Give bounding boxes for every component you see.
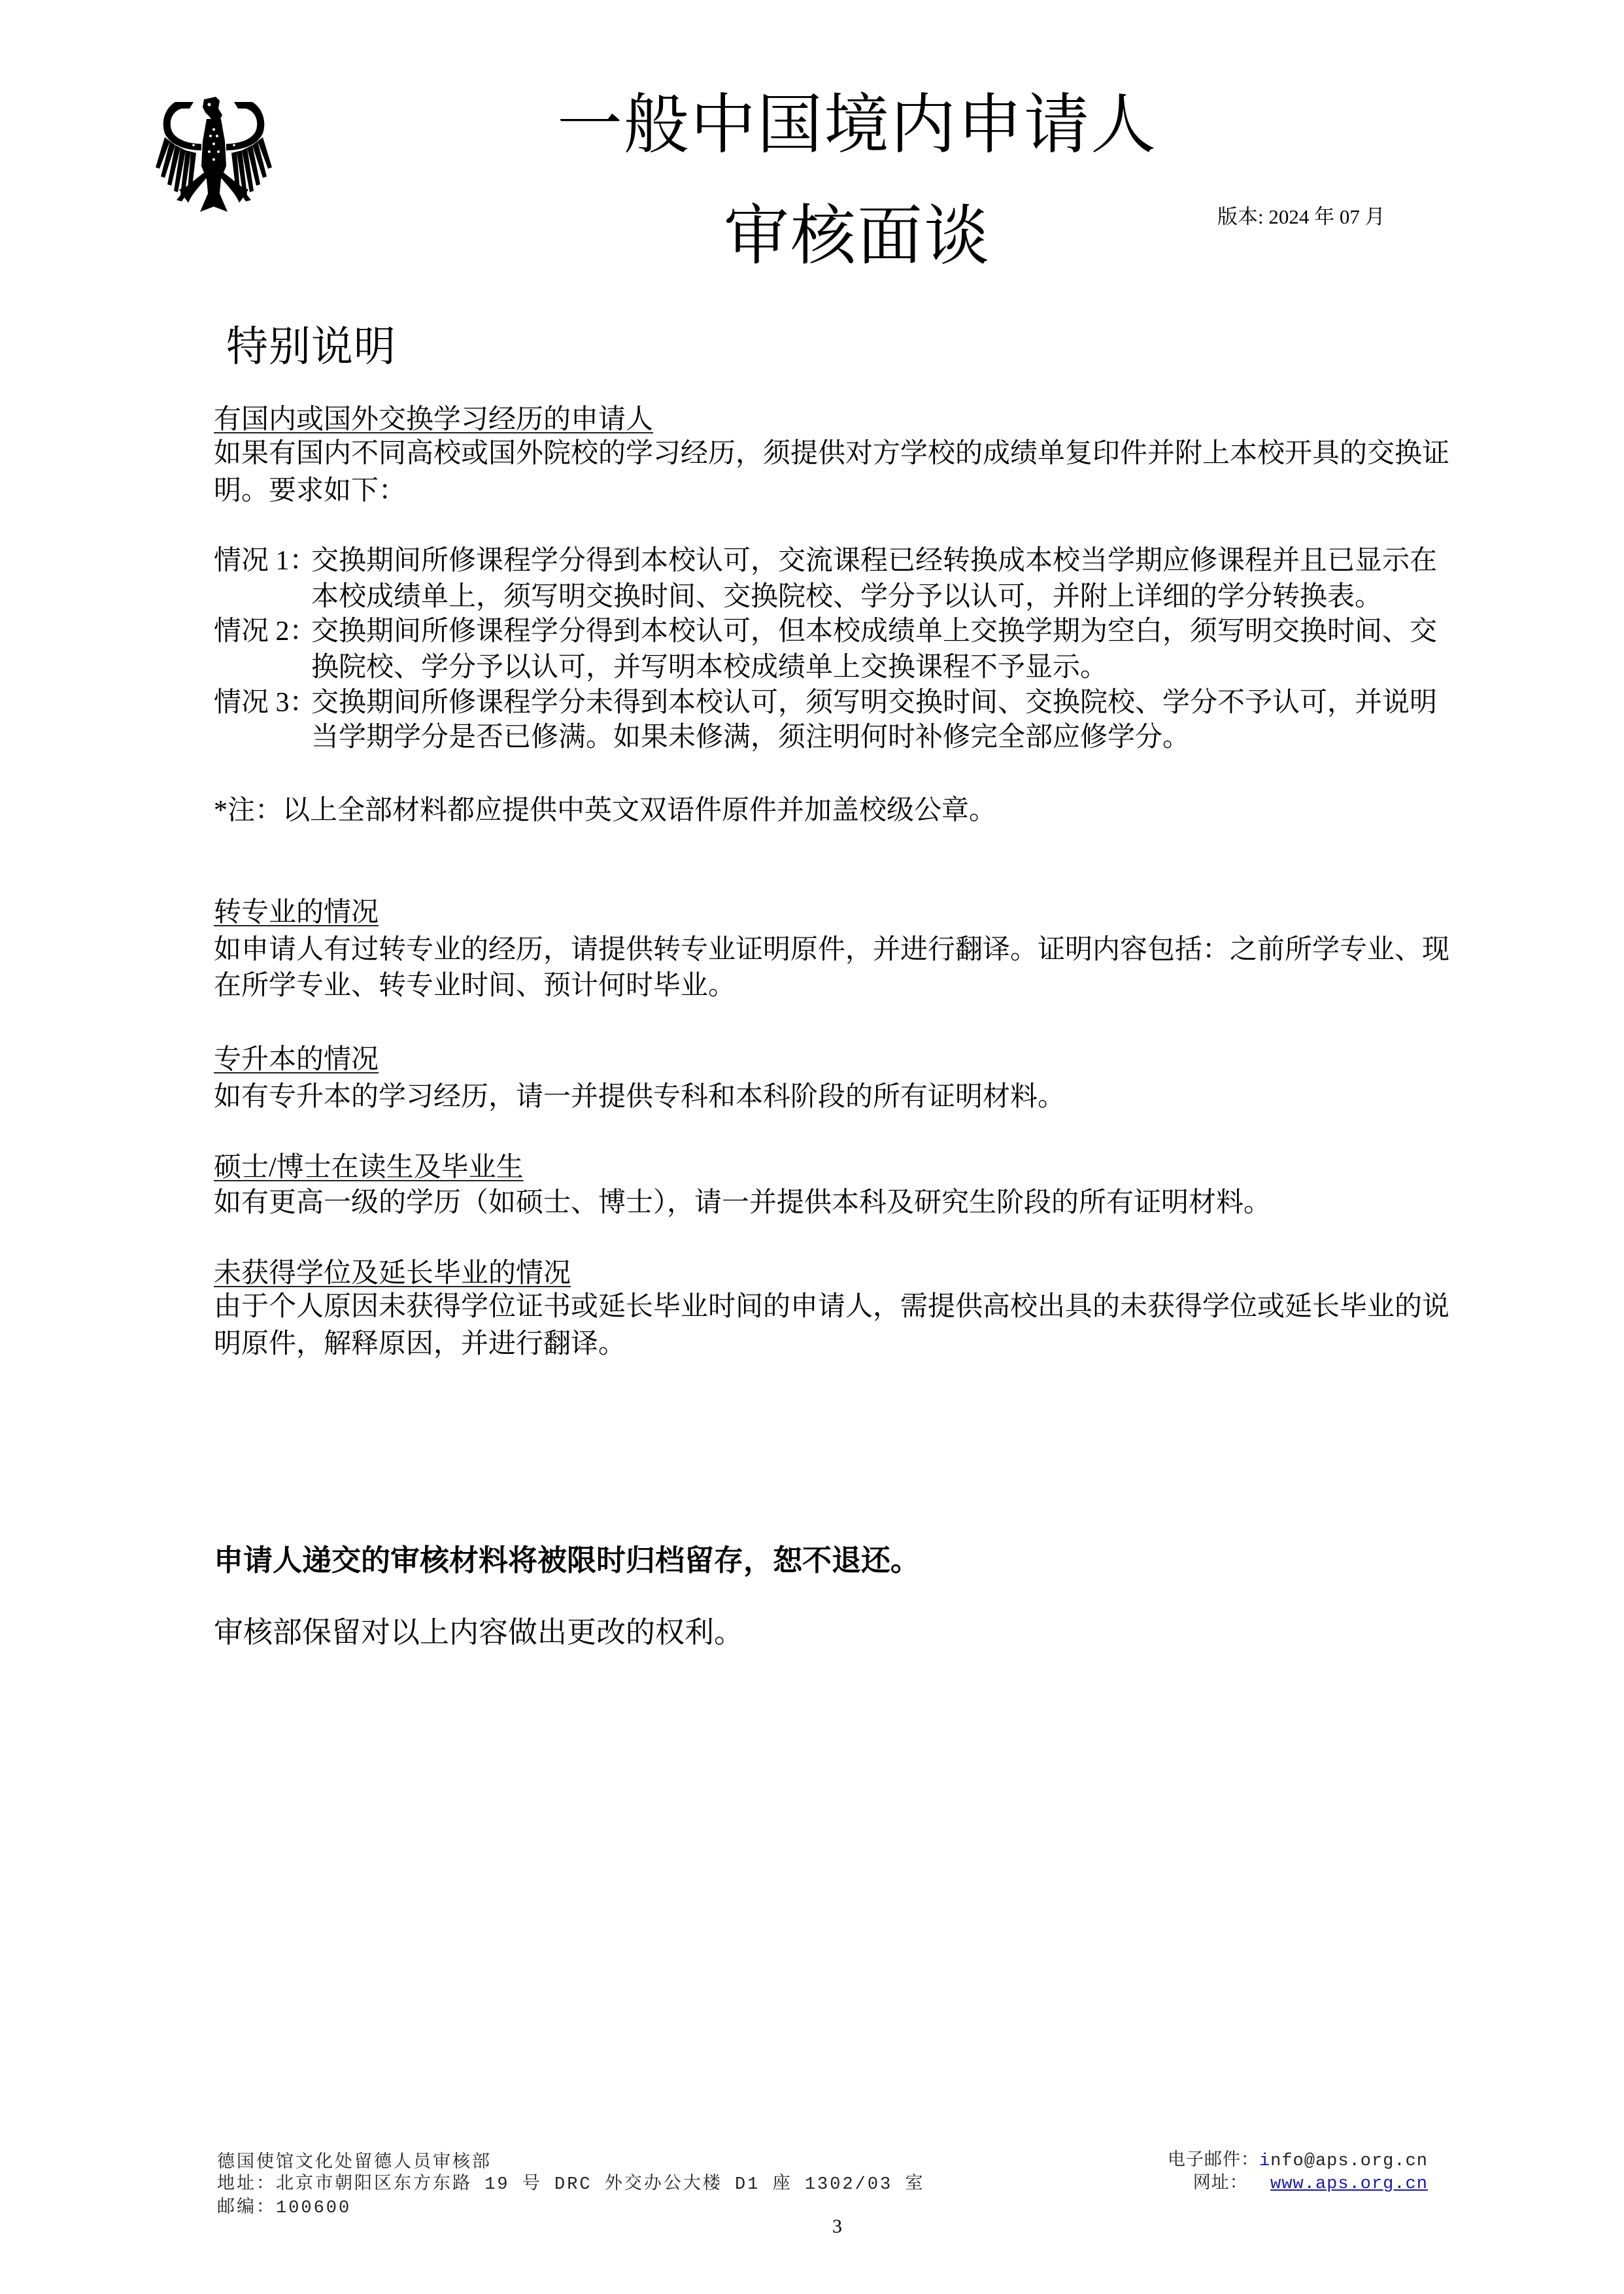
case-2-line2: 换院校、学分予以认可，并写明本校成绩单上交换课程不予显示。 [311,652,1108,683]
heading-associate-to-bachelor: 专升本的情况 [214,1044,379,1075]
exchange-paragraph-line1: 如果有国内不同高校或国外院校的学习经历，须提供对方学校的成绩单复印件并附上本校开… [214,438,1449,469]
archive-notice: 申请人递交的审核材料将被限时归档留存，恕不退还。 [214,1544,920,1577]
version-label: 版本: 2024 年 07 月 [1217,206,1385,228]
master-phd-line1: 如有更高一级的学历（如硕士、博士），请一并提供本科及研究生阶段的所有证明材料。 [214,1187,1271,1219]
case-2-label: 情况 2： [214,616,317,647]
case-3-label: 情况 3： [214,687,317,718]
footer-postcode: 邮编：100600 [217,2198,351,2219]
email-link[interactable]: nfo@aps.org.cn [1270,2151,1428,2171]
note-line: *注：以上全部材料都应提供中英文双语件原件并加盖校级公章。 [214,795,996,826]
case-3-line1: 交换期间所修课程学分未得到本校认可，须写明交换时间、交换院校、学分不予认可，并说… [311,687,1437,718]
footer-email: 电子邮件：info@aps.org.cn [1168,2151,1428,2172]
email-label: 电子邮件： [1168,2151,1259,2171]
heading-master-phd: 硕士/博士在读生及毕业生 [214,1152,524,1183]
rights-notice: 审核部保留对以上内容做出更改的权利。 [214,1616,743,1649]
case-3-line2: 当学期学分是否已修满。如果未修满，须注明何时补修完全部应修学分。 [311,722,1190,753]
no-degree-line1: 由于个人原因未获得学位证书或延长毕业时间的申请人，需提供高校出具的未获得学位或延… [214,1291,1449,1323]
footer-address: 地址：北京市朝阳区东方东路 19 号 DRC 外交办公大楼 D1 座 1302/… [217,2174,924,2195]
no-degree-line2: 明原件，解释原因，并进行翻译。 [214,1328,626,1360]
associate-to-bachelor-line1: 如有专升本的学习经历，请一并提供专科和本科阶段的所有证明材料。 [214,1081,1065,1113]
heading-no-degree-delayed: 未获得学位及延长毕业的情况 [214,1258,571,1289]
case-2-line1: 交换期间所修课程学分得到本校认可，但本校成绩单上交换学期为空白，须写明交换时间、… [311,616,1437,647]
change-major-line1: 如申请人有过转专业的经历，请提供转专业证明原件，并进行翻译。证明内容包括：之前所… [214,934,1449,966]
change-major-line2: 在所学专业、转专业时间、预计何时毕业。 [214,970,736,1002]
footer-website: 网址： www.aps.org.cn [1193,2174,1428,2195]
heading-exchange-study: 有国内或国外交换学习经历的申请人 [214,404,653,435]
website-link[interactable]: www.aps.org.cn [1270,2174,1428,2194]
case-1-label: 情况 1： [214,545,317,577]
exchange-paragraph-line2: 明。要求如下： [214,475,406,507]
website-label: 网址： [1193,2174,1248,2194]
footer-org: 德国使馆文化处留德人员审核部 [217,2153,492,2174]
email-link-start[interactable]: i [1259,2151,1270,2171]
case-1-line1: 交换期间所修课程学分得到本校认可，交流课程已经转换成本校当学期应修课程并且已显示… [311,545,1437,577]
document-title-line1: 一般中国境内申请人 [0,93,1624,158]
case-1-line2: 本校成绩单上，须写明交换时间、交换院校、学分予以认可，并附上详细的学分转换表。 [311,581,1382,613]
heading-change-major: 转专业的情况 [214,897,379,928]
page-number: 3 [832,2216,842,2237]
section-title: 特别说明 [226,324,396,370]
